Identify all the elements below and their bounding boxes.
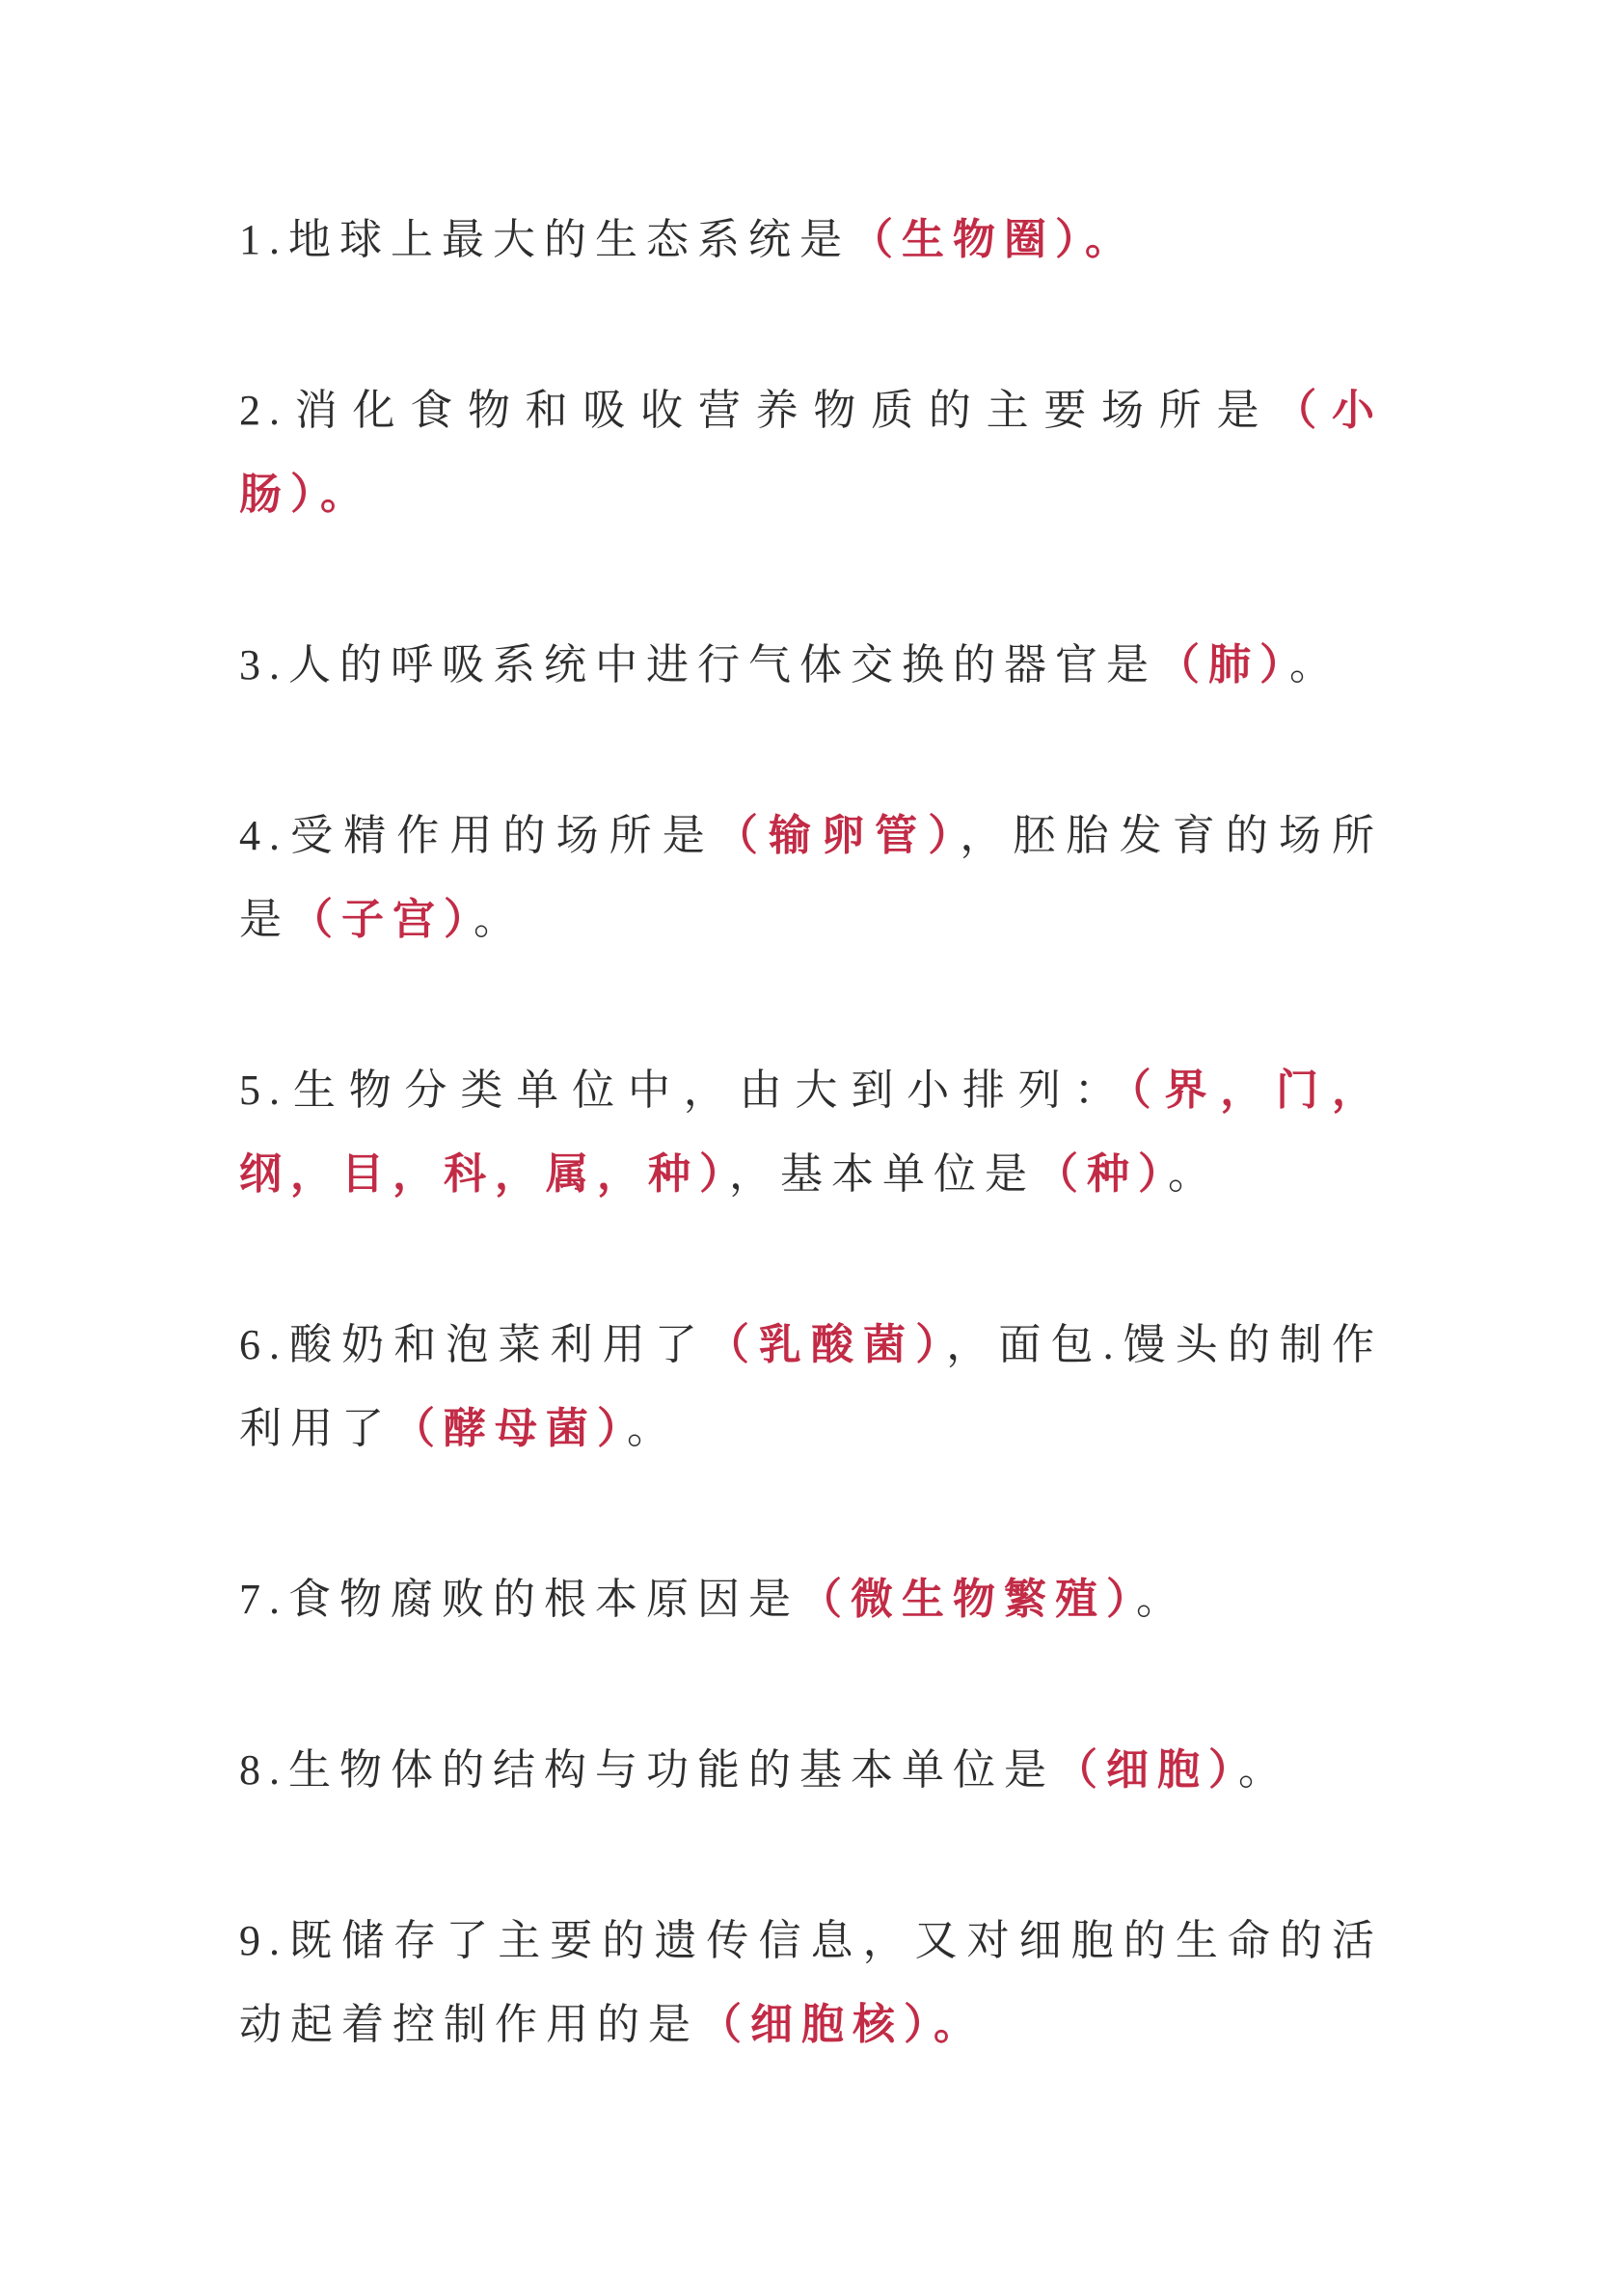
question-text: 3.人的呼吸系统中进行气体交换的器官是 (239, 641, 1157, 688)
question-text: 7.食物腐败的根本原因是 (239, 1576, 799, 1623)
question-item: 7.食物腐败的根本原因是（微生物繁殖）。 (239, 1557, 1383, 1641)
question-text: 。 (474, 896, 525, 943)
answer-text: （酵母菌） (392, 1405, 627, 1452)
answer-text: （输卵管） (716, 812, 960, 859)
question-text: 8.生物体的结构与功能的基本单位是 (239, 1746, 1055, 1794)
document-page: 1.地球上最大的生态系统是（生物圈）。2.消化食物和吸收营养物质的主要场所是（小… (0, 0, 1624, 2295)
answer-text: （种） (1036, 1150, 1168, 1198)
questions-list: 1.地球上最大的生态系统是（生物圈）。2.消化食物和吸收营养物质的主要场所是（小… (239, 198, 1383, 2066)
question-text: 2.消化食物和吸收营养物质的主要场所是 (239, 387, 1274, 434)
question-text: 。 (1136, 1576, 1187, 1623)
question-text: 。 (1289, 641, 1340, 688)
question-text: 6.酸奶和泡菜利用了 (239, 1321, 707, 1368)
answer-text: （微生物繁殖） (799, 1576, 1136, 1623)
question-text: 4.受精作用的场所是 (239, 812, 716, 859)
question-text: 5.生物分类单位中，由大到小排列： (239, 1066, 1130, 1114)
question-text: 。 (1238, 1746, 1289, 1794)
answer-text: （肺） (1157, 641, 1289, 688)
question-item: 5.生物分类单位中，由大到小排列：（界，门，纲，目，科，属，种），基本单位是（种… (239, 1048, 1383, 1216)
answer-text: （乳酸菌） (707, 1321, 946, 1368)
answer-text: （生物圈）。 (851, 216, 1136, 263)
question-item: 1.地球上最大的生态系统是（生物圈）。 (239, 198, 1383, 282)
question-item: 6.酸奶和泡菜利用了（乳酸菌），面包.馒头的制作利用了（酵母菌）。 (239, 1303, 1383, 1471)
answer-text: （细胞核）。 (699, 2001, 985, 2048)
answer-text: （细胞） (1055, 1746, 1238, 1794)
question-item: 9.既储存了主要的遗传信息，又对细胞的生命的活动起着控制作用的是（细胞核）。 (239, 1899, 1383, 2066)
question-text: ，基本单位是 (729, 1150, 1036, 1198)
page: { "page": { "background": "#ffffff", "te… (0, 0, 1624, 2295)
answer-text: （子宫） (290, 896, 474, 943)
question-item: 3.人的呼吸系统中进行气体交换的器官是（肺）。 (239, 623, 1383, 707)
question-item: 4.受精作用的场所是（输卵管），胚胎发育的场所是（子宫）。 (239, 794, 1383, 961)
question-item: 2.消化食物和吸收营养物质的主要场所是（小肠）。 (239, 368, 1383, 536)
question-text: 。 (627, 1405, 678, 1452)
question-text: 1.地球上最大的生态系统是 (239, 216, 851, 263)
question-text: 。 (1168, 1150, 1219, 1198)
question-item: 8.生物体的结构与功能的基本单位是（细胞）。 (239, 1728, 1383, 1812)
